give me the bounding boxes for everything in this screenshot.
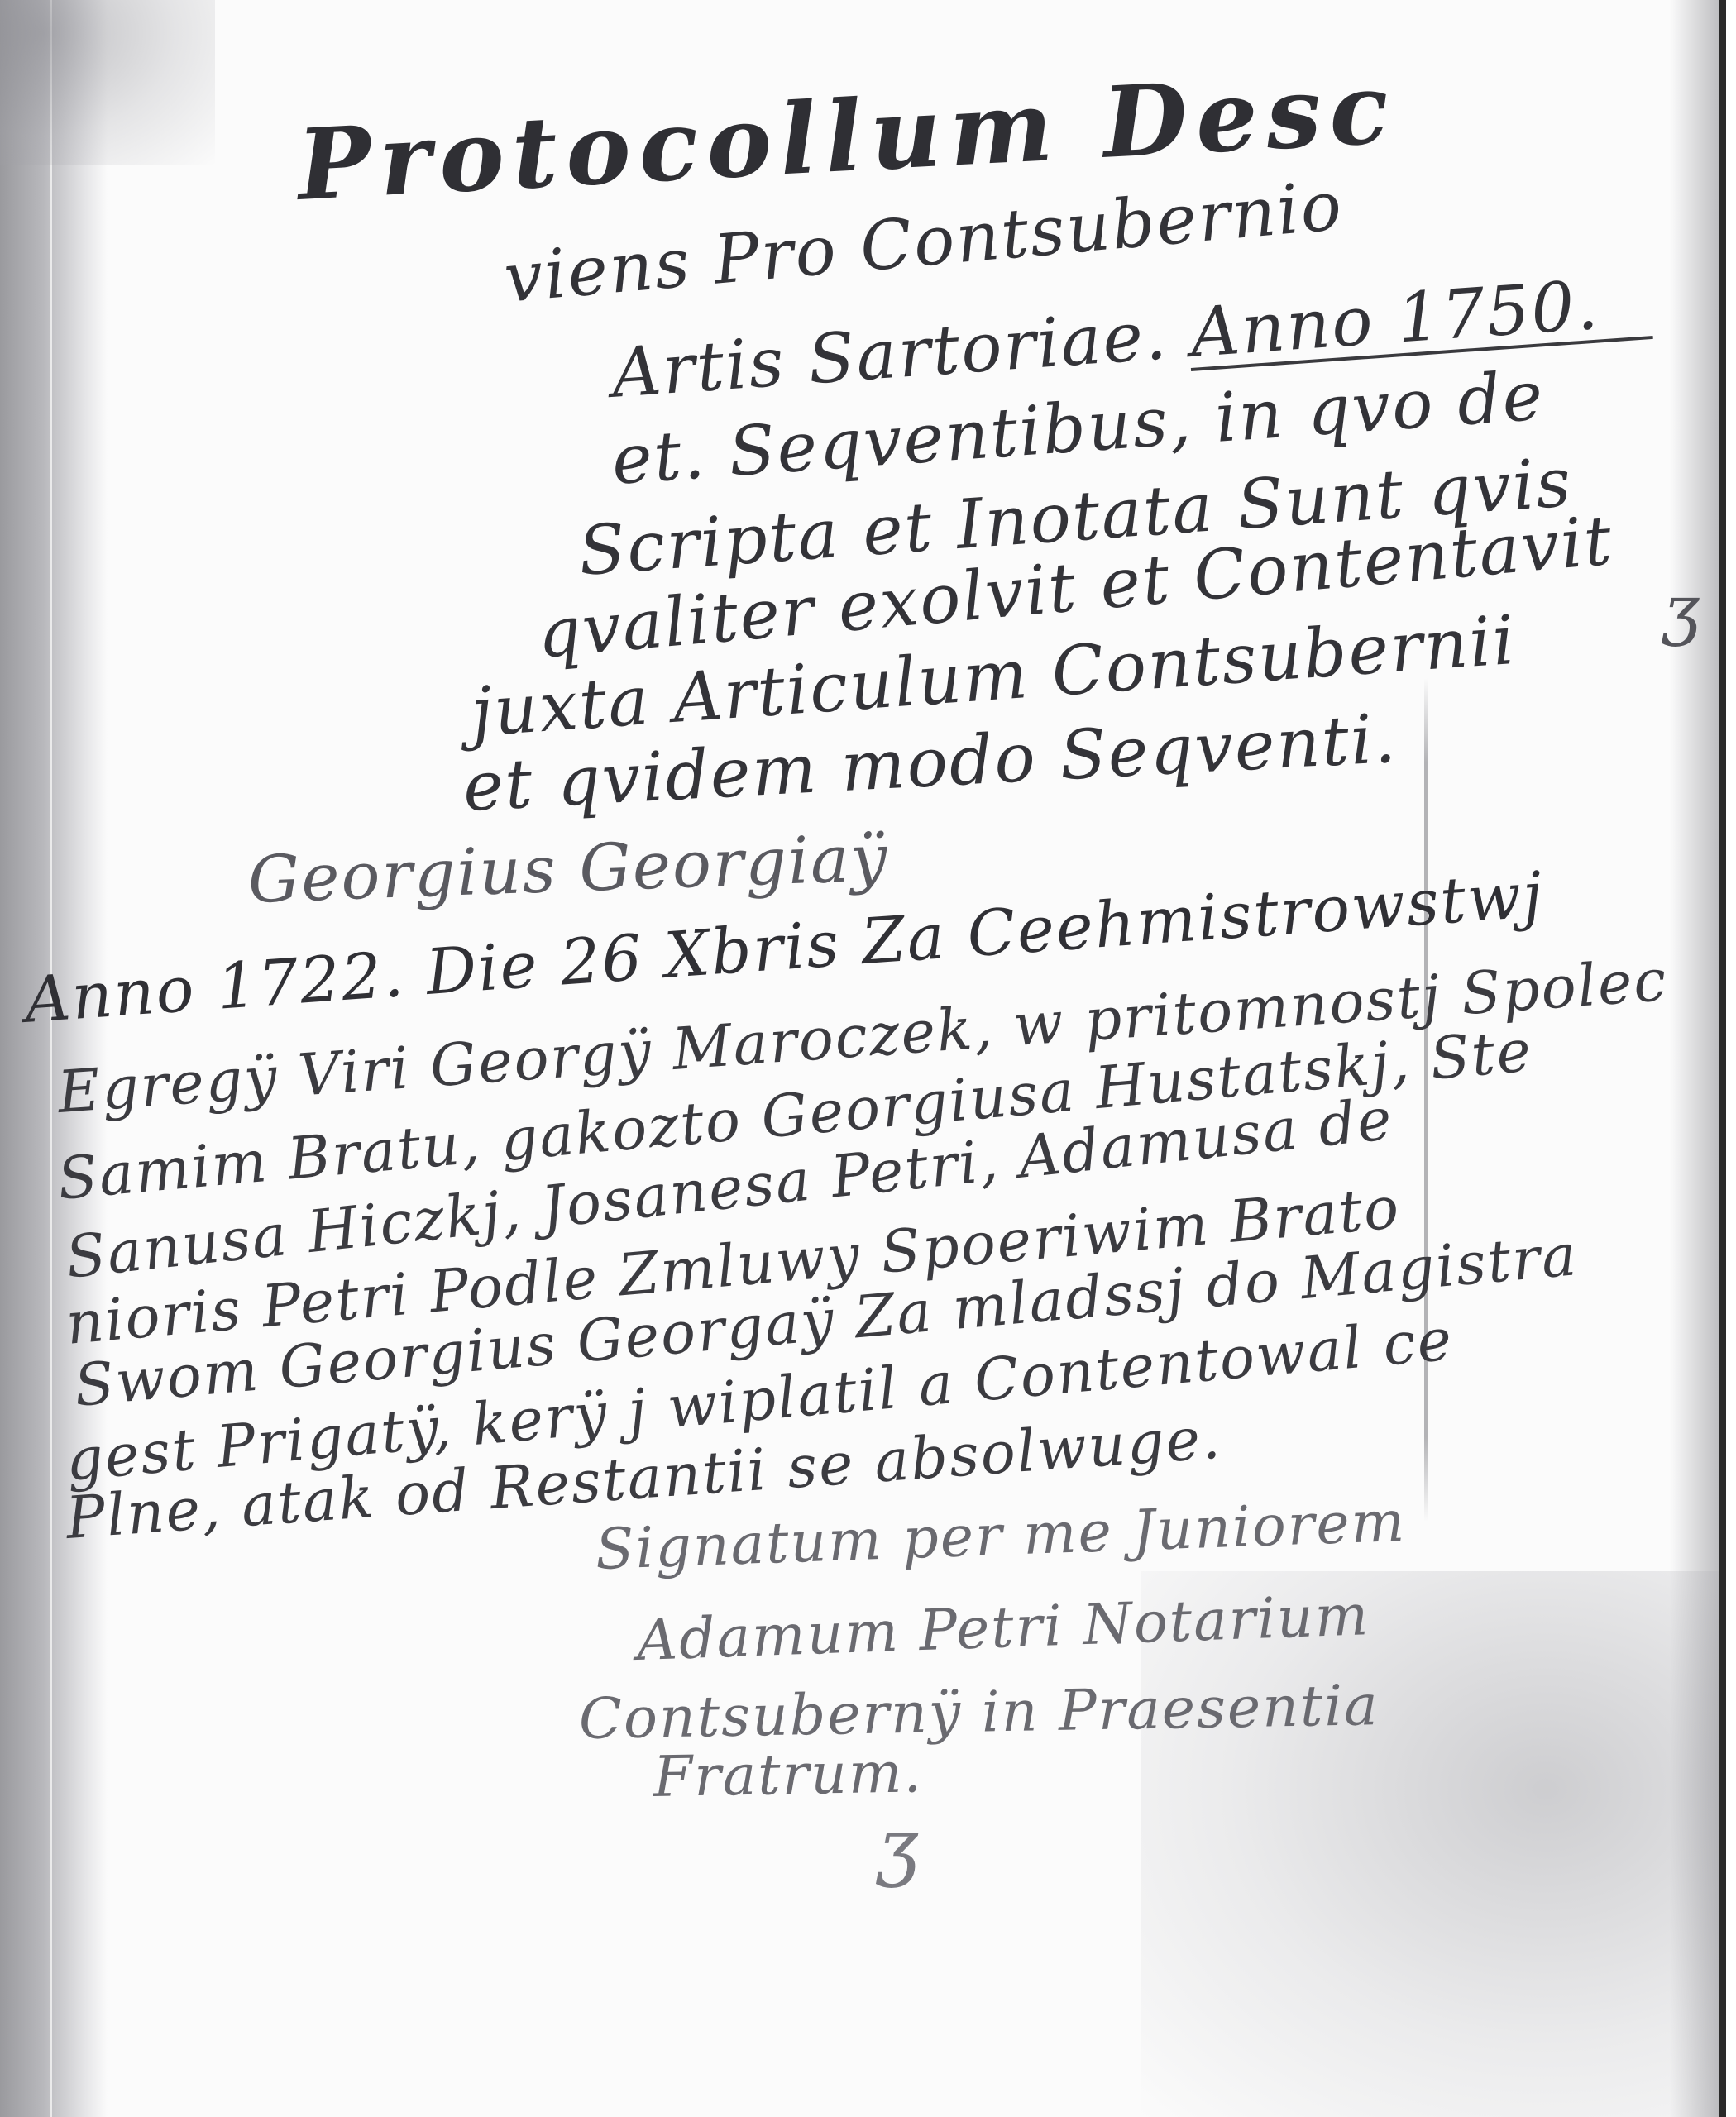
paper-crease [1424, 678, 1428, 1522]
margin-flourish-right: ʒ [1662, 571, 1700, 648]
signature-line-4: Fratrum. [653, 1740, 923, 1810]
page-right-edge [1719, 0, 1736, 2117]
margin-flourish-bottom: ʒ [877, 1803, 919, 1890]
entry-name: Georgius Georgiaÿ [246, 821, 889, 918]
scan-fold-line [50, 0, 52, 2117]
signature-line-3: Contsubernÿ in Praesentia [578, 1673, 1380, 1752]
paper-stain [0, 0, 215, 165]
manuscript-page: Protocollum Desc viens Pro Contsubernio … [0, 0, 1736, 2117]
